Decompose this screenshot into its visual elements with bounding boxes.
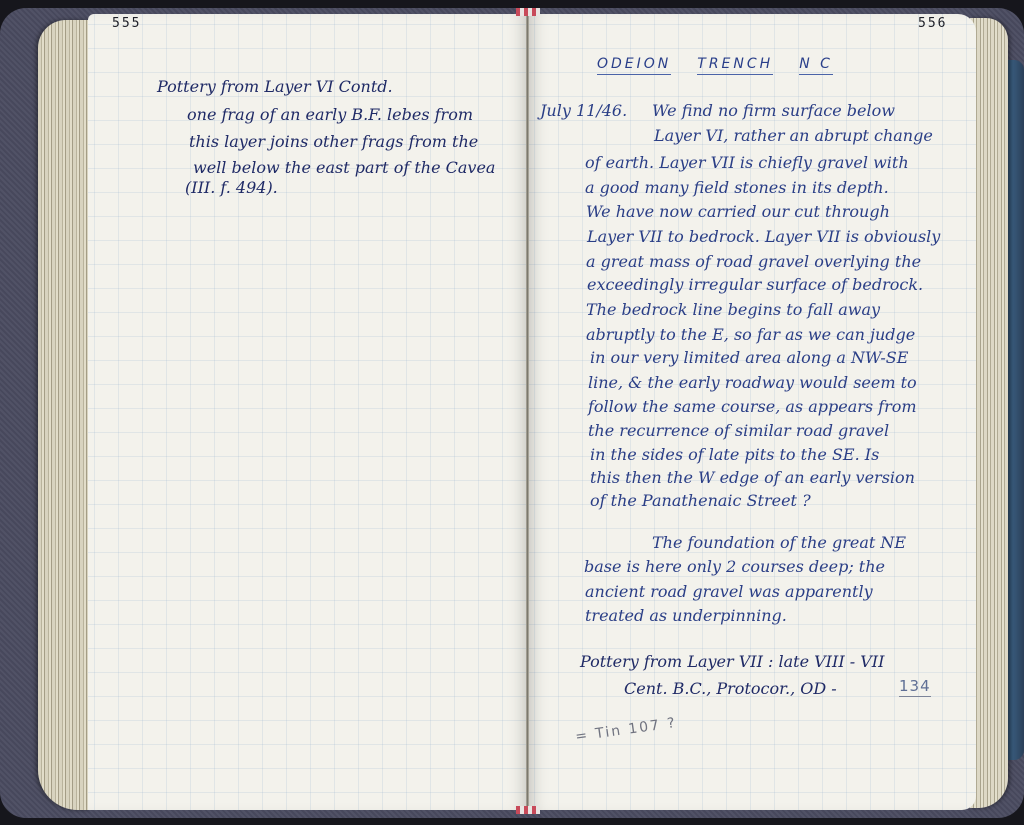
page-stack-left [38, 20, 90, 810]
p1-line-2: Layer VI, rather an abrupt change [654, 124, 933, 148]
p1-line-8: exceedingly irregular surface of bedrock… [587, 273, 923, 297]
p1-line-15: in the sides of late pits to the SE. Is [590, 443, 879, 467]
p1-line-14: the recurrence of similar road gravel [588, 419, 889, 443]
headband-bottom [516, 806, 540, 814]
left-line-1: Pottery from Layer VI Contd. [157, 75, 393, 99]
p1-line-6: Layer VII to bedrock. Layer VII is obvio… [587, 225, 940, 249]
p2-line-3: ancient road gravel was apparently [585, 580, 873, 604]
p1-line-3: of earth. Layer VII is chiefly gravel wi… [585, 151, 909, 175]
p1-line-11: in our very limited area along a NW-SE [590, 346, 908, 370]
reference-number: 134 [899, 677, 931, 697]
trench-heading: ODEIONTRENCHN C [597, 56, 859, 72]
entry-date: July 11/46. [540, 99, 627, 123]
p1-line-9: The bedrock line begins to fall away [586, 298, 880, 322]
left-line-5: (III. f. 494). [185, 176, 278, 200]
p1-line-4: a good many field stones in its depth. [585, 176, 889, 200]
left-line-2: one frag of an early B.F. lebes from [187, 103, 473, 127]
p2-line-1: The foundation of the great NE [652, 531, 906, 555]
book-gutter [526, 14, 529, 810]
p1-line-16: this then the W edge of an early version [590, 466, 915, 490]
headband-top [516, 8, 540, 16]
heading-word-3: N C [799, 56, 833, 75]
right-page-number: 556 [918, 16, 947, 31]
p1-line-1: We find no firm surface below [652, 99, 895, 123]
pottery-line-2: Cent. B.C., Protocor., OD - [624, 677, 837, 701]
p1-line-7: a great mass of road gravel overlying th… [586, 250, 921, 274]
left-page-number: 555 [112, 16, 141, 31]
left-line-3: this layer joins other frags from the [189, 130, 478, 154]
p1-line-5: We have now carried our cut through [586, 200, 890, 224]
p1-line-10: abruptly to the E, so far as we can judg… [586, 323, 915, 347]
pottery-line-1: Pottery from Layer VII : late VIII - VII [580, 650, 884, 674]
p1-line-17: of the Panathenaic Street ? [590, 489, 811, 513]
heading-word-2: TRENCH [697, 56, 773, 75]
heading-word-1: ODEION [597, 56, 671, 75]
p2-line-4: treated as underpinning. [585, 604, 787, 628]
p1-line-12: line, & the early roadway would seem to [588, 371, 917, 395]
p1-line-13: follow the same course, as appears from [588, 395, 917, 419]
p2-line-2: base is here only 2 courses deep; the [584, 555, 885, 579]
